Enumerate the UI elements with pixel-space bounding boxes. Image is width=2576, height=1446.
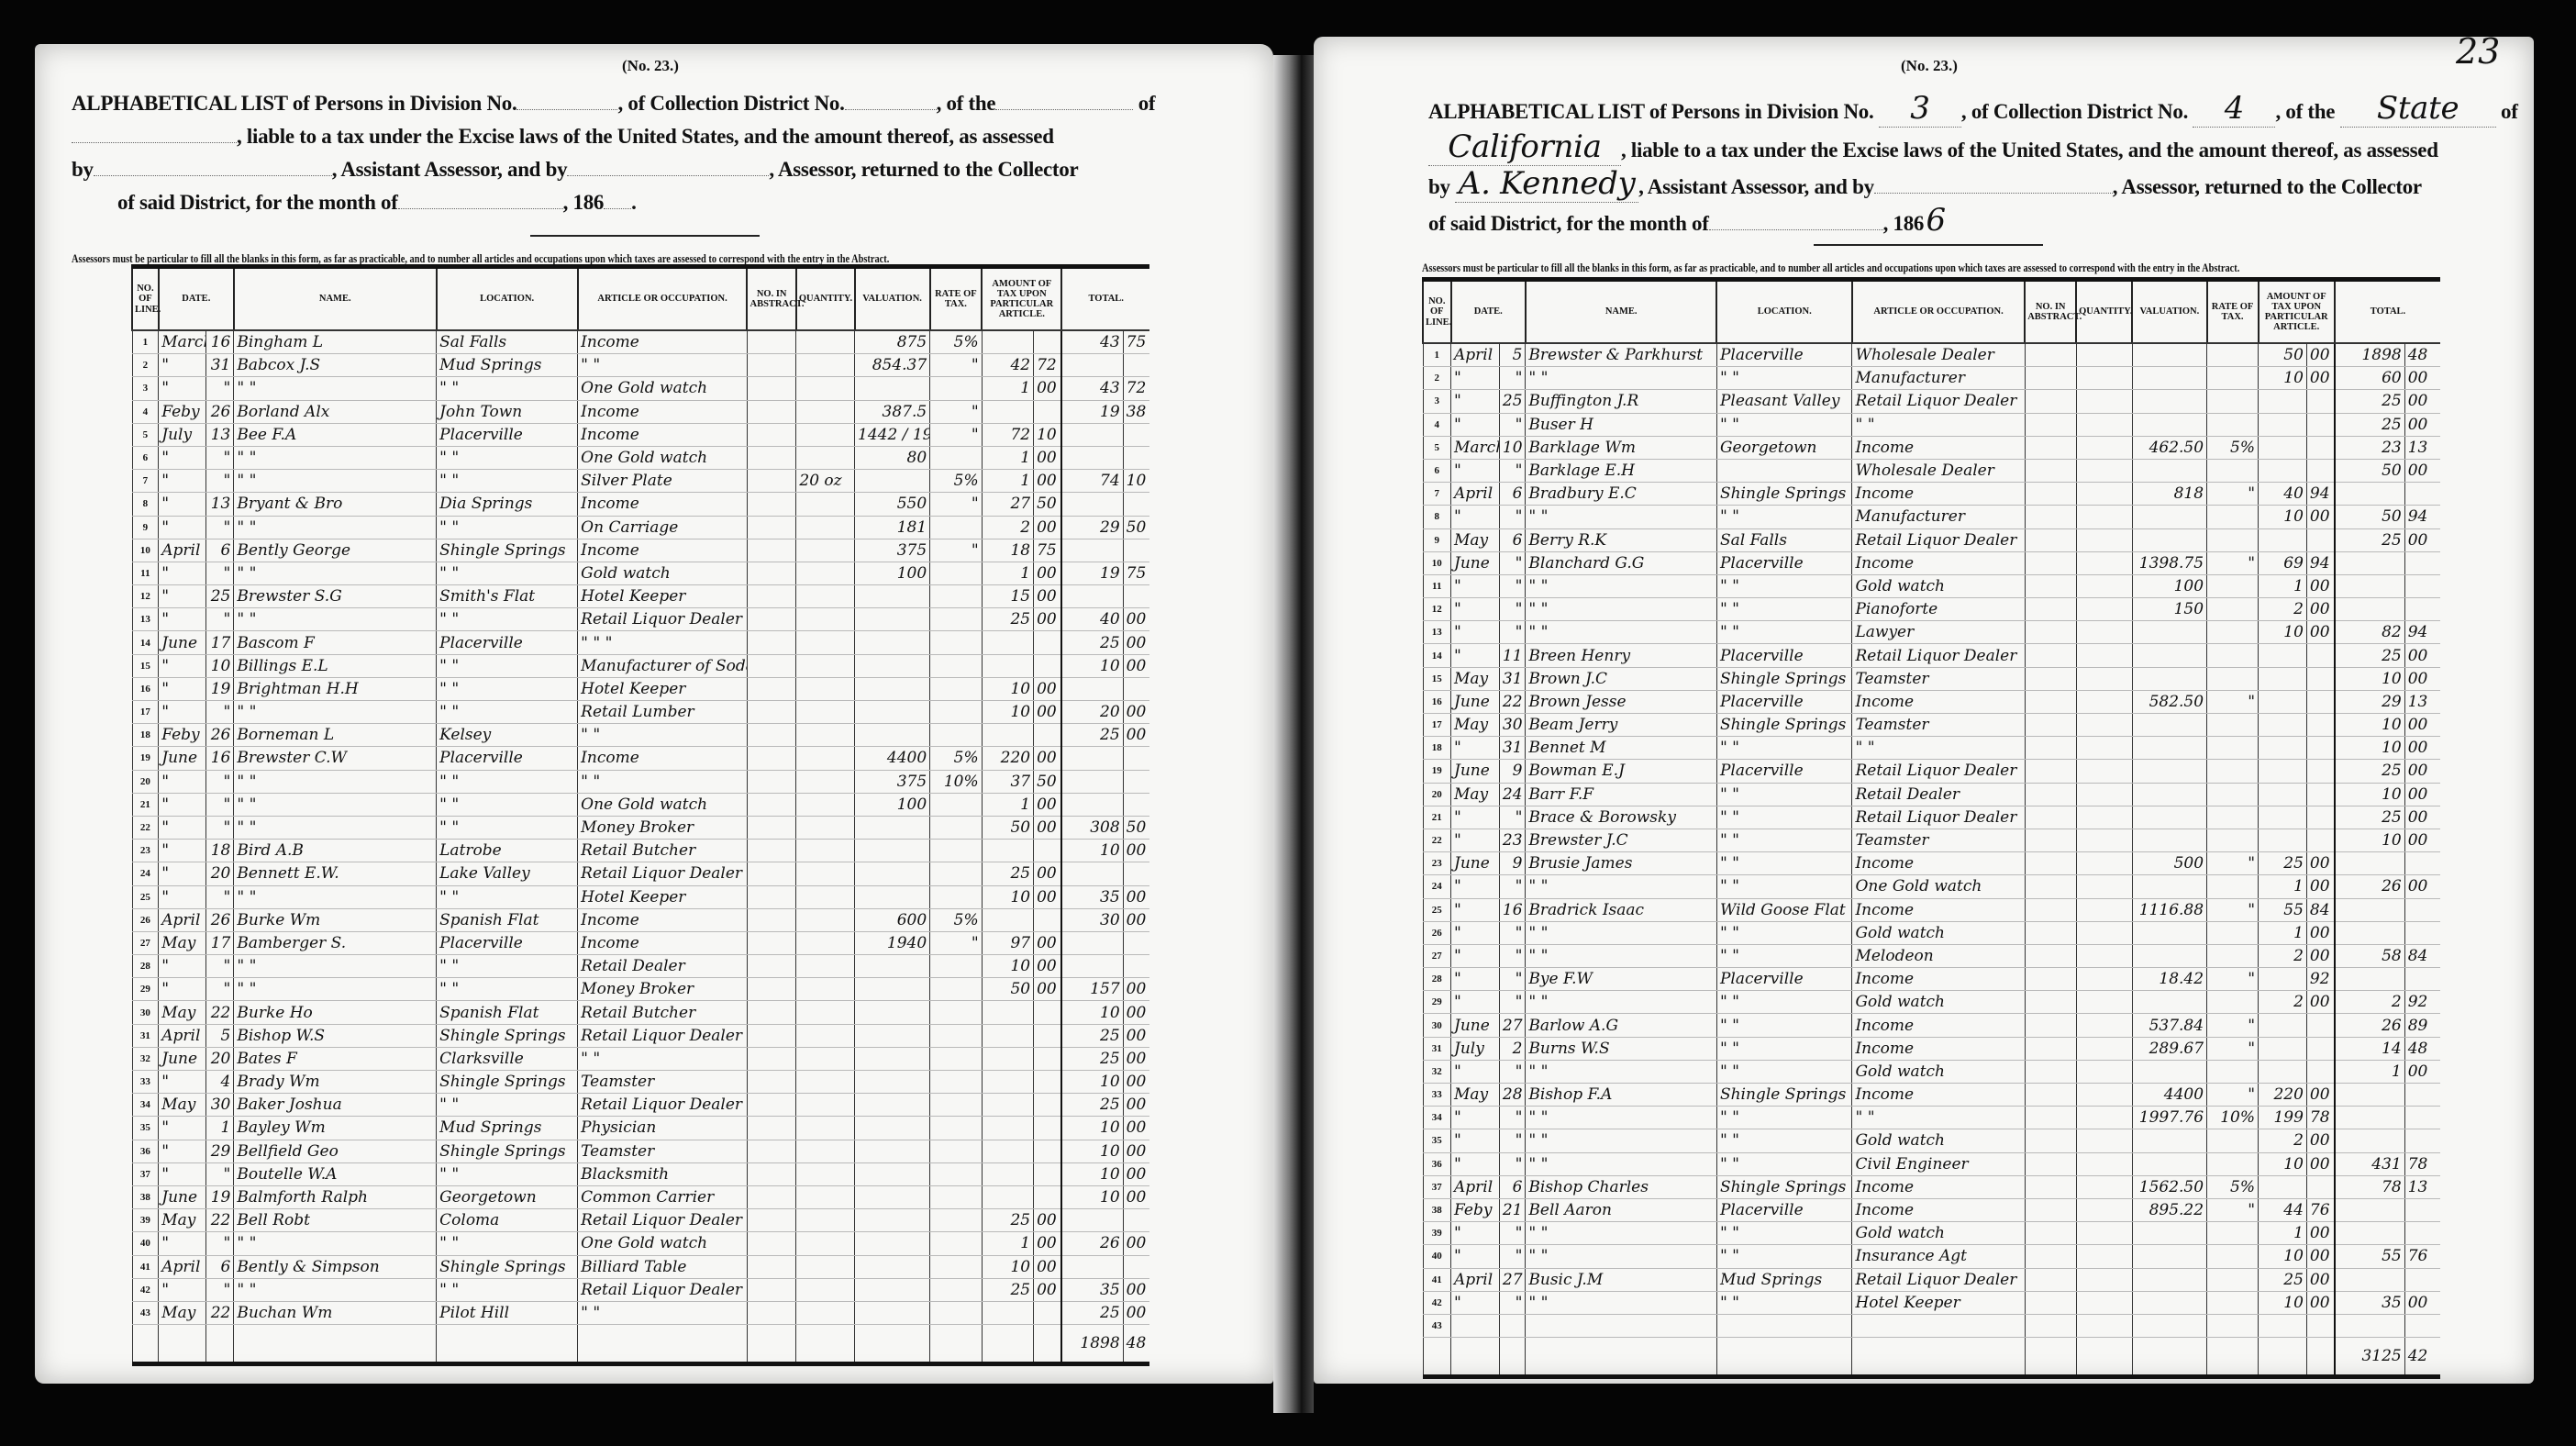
date-month-cell: June xyxy=(1451,760,1500,783)
tax-cents-cell: 50 xyxy=(1034,770,1062,793)
date-month-cell: " xyxy=(1451,991,1500,1014)
valuation-cell xyxy=(2132,343,2206,367)
date-month-cell: May xyxy=(1451,714,1500,737)
person-name-cell: Brace & Borowsky xyxy=(1526,806,1717,829)
tax-rate-cell xyxy=(930,1094,982,1117)
location-cell: " " xyxy=(1716,506,1852,528)
total-dollars-cell: 10 xyxy=(1061,840,1123,862)
table-row: 10April6Bently GeorgeShingle SpringsInco… xyxy=(132,539,1149,562)
table-row: 5July13Bee F.APlacervilleIncome1442 / 19… xyxy=(132,423,1149,446)
total-dollars-cell xyxy=(1061,1209,1123,1232)
tax-dollars-cell xyxy=(982,1117,1033,1140)
tax-dollars-cell xyxy=(982,1071,1033,1094)
line-number-cell: 15 xyxy=(1423,667,1451,690)
date-day-cell: 27 xyxy=(1499,1268,1525,1291)
total-dollars-cell xyxy=(2335,1084,2404,1107)
person-name-cell: " " xyxy=(234,793,437,816)
tax-rate-cell xyxy=(930,446,982,469)
total-dollars-cell xyxy=(1061,446,1123,469)
valuation-cell xyxy=(2132,1222,2206,1245)
abstract-no-cell xyxy=(747,1071,795,1094)
abstract-no-cell xyxy=(747,1185,795,1208)
table-row: 13""" "" "Lawyer10008294 xyxy=(1423,621,2440,644)
total-cents-cell: 89 xyxy=(2404,1014,2440,1037)
instructions-text: Assessors must be particular to fill all… xyxy=(1422,261,2239,275)
date-month-cell: Feby xyxy=(159,724,205,747)
article-occupation-cell: Blacksmith xyxy=(578,1162,748,1185)
date-month-cell: " xyxy=(1451,621,1500,644)
total-dollars-cell xyxy=(2335,1129,2404,1152)
abstract-no-cell xyxy=(2025,944,2076,967)
line-number-cell: 29 xyxy=(132,978,159,1001)
article-occupation-cell: Melodeon xyxy=(1852,944,2025,967)
table-row: 2"31Babcox J.SMud Springs" "854.37"4272 xyxy=(132,354,1149,377)
person-name-cell: " " xyxy=(1526,1291,1717,1314)
article-occupation-cell: Money Broker xyxy=(578,978,748,1001)
table-row: 41April6Bently & SimpsonShingle SpringsB… xyxy=(132,1255,1149,1278)
valuation-cell xyxy=(855,1232,930,1255)
date-day-cell: " xyxy=(205,793,234,816)
person-name-cell: Blanchard G.G xyxy=(1526,551,1717,574)
total-cents-cell: 00 xyxy=(1123,1024,1149,1047)
total-cents-cell: 00 xyxy=(1123,654,1149,677)
location-cell: " " xyxy=(1716,1107,1852,1129)
tax-rate-cell xyxy=(2207,1152,2259,1175)
tax-dollars-cell xyxy=(982,400,1033,423)
tax-dollars-cell: 37 xyxy=(982,770,1033,793)
total-dollars-cell xyxy=(1061,354,1123,377)
person-name-cell: " " xyxy=(1526,991,1717,1014)
valuation-cell xyxy=(855,840,930,862)
line-number-cell: 37 xyxy=(1423,1175,1451,1198)
quantity-cell xyxy=(2076,760,2132,783)
person-name-cell: Brown Jesse xyxy=(1526,690,1717,713)
tax-cents-cell xyxy=(1034,1185,1062,1208)
tax-rate-cell xyxy=(930,377,982,400)
total-dollars-cell: 10 xyxy=(2335,783,2404,806)
table-row: 27May17Bamberger S.PlacervilleIncome1940… xyxy=(132,931,1149,954)
location-cell: Coloma xyxy=(437,1209,578,1232)
total-cents-cell xyxy=(2404,1314,2440,1337)
quantity-cell xyxy=(796,885,855,908)
valuation-cell: 600 xyxy=(855,908,930,931)
valuation-cell xyxy=(2132,1060,2206,1083)
tax-rate-cell xyxy=(2207,737,2259,760)
quantity-cell xyxy=(796,1117,855,1140)
total-dollars-cell xyxy=(2335,483,2404,506)
date-day-cell: 30 xyxy=(1499,714,1525,737)
person-name-cell: " " xyxy=(1526,367,1717,390)
quantity-cell xyxy=(796,955,855,978)
location-cell: " " xyxy=(1716,1291,1852,1314)
form-number: (No. 23.) xyxy=(1901,57,1958,75)
line-number-cell: 21 xyxy=(1423,806,1451,829)
person-name-cell: Bye F.W xyxy=(1526,968,1717,991)
location-cell: Georgetown xyxy=(1716,436,1852,459)
grand-total-cents: 42 xyxy=(2404,1338,2440,1377)
location-cell: Kelsey xyxy=(437,724,578,747)
table-row: 38Feby21Bell AaronPlacervilleIncome895.2… xyxy=(1423,1198,2440,1221)
line-number-cell: 6 xyxy=(1423,459,1451,482)
tax-rate-cell xyxy=(2207,644,2259,667)
valuation-cell xyxy=(2132,644,2206,667)
total-cents-cell xyxy=(1123,931,1149,954)
line-number-cell: 10 xyxy=(1423,551,1451,574)
tax-dollars-cell: 10 xyxy=(2259,367,2307,390)
total-dollars-cell: 23 xyxy=(2335,436,2404,459)
line-number-cell: 22 xyxy=(1423,829,1451,851)
table-row: 2""" "" "Manufacturer10006000 xyxy=(1423,367,2440,390)
abstract-no-cell xyxy=(2025,968,2076,991)
tax-cents-cell: 00 xyxy=(1034,747,1062,770)
article-occupation-cell: Retail Dealer xyxy=(1852,783,2025,806)
quantity-cell xyxy=(2076,1268,2132,1291)
date-day-cell xyxy=(1499,1314,1525,1337)
table-header-row: No. of Line. Date. Name. Location. Artic… xyxy=(132,267,1149,331)
date-day-cell: " xyxy=(205,1162,234,1185)
article-occupation-cell: Gold watch xyxy=(1852,1060,2025,1083)
person-name-cell: Bee F.A xyxy=(234,423,437,446)
location-cell: Placerville xyxy=(437,423,578,446)
total-cents-cell: 00 xyxy=(1123,724,1149,747)
abstract-no-cell xyxy=(2025,574,2076,597)
line-number-cell: 13 xyxy=(132,608,159,631)
total-cents-cell xyxy=(2404,1268,2440,1291)
article-occupation-cell: Wholesale Dealer xyxy=(1852,459,2025,482)
date-month-cell: May xyxy=(1451,783,1500,806)
tax-dollars-cell: 10 xyxy=(2259,1291,2307,1314)
tax-rate-cell xyxy=(930,1255,982,1278)
article-occupation-cell: Retail Butcher xyxy=(578,1001,748,1024)
header-line-4: of said District, for the month of, 186. xyxy=(117,191,637,215)
article-occupation-cell: Income xyxy=(578,493,748,516)
location-cell: Spanish Flat xyxy=(437,1001,578,1024)
valuation-cell: 582.50 xyxy=(2132,690,2206,713)
location-cell: " " xyxy=(1716,1060,1852,1083)
total-dollars-cell: 43 xyxy=(1061,330,1123,354)
person-name-cell: " " xyxy=(234,516,437,539)
tax-dollars-cell xyxy=(982,1301,1033,1324)
total-dollars-cell: 19 xyxy=(1061,562,1123,584)
line-number-cell: 23 xyxy=(1423,852,1451,875)
article-occupation-cell: Billiard Table xyxy=(578,1255,748,1278)
date-month-cell: May xyxy=(159,1001,205,1024)
line-number-cell: 40 xyxy=(1423,1245,1451,1268)
quantity-cell xyxy=(2076,343,2132,367)
location-cell: " " xyxy=(1716,1222,1852,1245)
table-row: 19June9Bowman E.JPlacervilleRetail Liquo… xyxy=(1423,760,2440,783)
grand-total-row: 189848 xyxy=(132,1325,1149,1364)
person-name-cell: Buchan Wm xyxy=(234,1301,437,1324)
date-month-cell: " xyxy=(159,446,205,469)
abstract-no-cell xyxy=(2025,367,2076,390)
tax-rate-cell xyxy=(930,978,982,1001)
table-row: 30June27Barlow A.G" "Income537.84"2689 xyxy=(1423,1014,2440,1037)
location-cell: " " xyxy=(1716,1037,1852,1060)
tax-cents-cell xyxy=(2306,829,2335,851)
date-month-cell: April xyxy=(1451,1175,1500,1198)
line-number-cell: 17 xyxy=(1423,714,1451,737)
article-occupation-cell: Income xyxy=(578,423,748,446)
total-cents-cell: 00 xyxy=(2404,390,2440,413)
date-month-cell: June xyxy=(159,747,205,770)
tax-rate-cell xyxy=(930,677,982,700)
quantity-cell xyxy=(2076,1314,2132,1337)
date-month-cell: " xyxy=(1451,390,1500,413)
valuation-cell: 375 xyxy=(855,770,930,793)
total-cents-cell xyxy=(2404,1129,2440,1152)
total-dollars-cell xyxy=(1061,770,1123,793)
location-cell: Pilot Hill xyxy=(437,1301,578,1324)
tax-cents-cell: 00 xyxy=(2306,1222,2335,1245)
person-name-cell: " " xyxy=(1526,1152,1717,1175)
location-cell: " " xyxy=(437,701,578,724)
person-name-cell: " " xyxy=(234,470,437,493)
quantity-cell xyxy=(2076,1014,2132,1037)
total-dollars-cell: 25 xyxy=(1061,1047,1123,1070)
total-cents-cell xyxy=(1123,770,1149,793)
person-name-cell: Barklage E.H xyxy=(1526,459,1717,482)
article-occupation-cell: Retail Liquor Dealer xyxy=(1852,760,2025,783)
total-dollars-cell: 58 xyxy=(2335,944,2404,967)
quantity-cell xyxy=(2076,1060,2132,1083)
quantity-cell xyxy=(2076,1291,2132,1314)
col-header-article: Article or Occupation. xyxy=(1852,280,2025,344)
tax-cents-cell: 00 xyxy=(1034,608,1062,631)
tax-dollars-cell: 50 xyxy=(2259,343,2307,367)
tax-dollars-cell xyxy=(2259,1175,2307,1198)
line-number-cell: 35 xyxy=(1423,1129,1451,1152)
person-name-cell: Bradrick Isaac xyxy=(1526,898,1717,921)
person-name-cell: " " xyxy=(1526,574,1717,597)
date-month-cell: " xyxy=(159,470,205,493)
total-cents-cell: 00 xyxy=(1123,701,1149,724)
line-number-cell: 14 xyxy=(132,631,159,654)
person-name-cell: Bascom F xyxy=(234,631,437,654)
abstract-no-cell xyxy=(747,608,795,631)
table-row: 23June9Brusie James" "Income500"2500 xyxy=(1423,852,2440,875)
date-month-cell: May xyxy=(159,1301,205,1324)
line-number-cell: 38 xyxy=(132,1185,159,1208)
quantity-cell xyxy=(2076,667,2132,690)
tax-cents-cell xyxy=(1034,330,1062,354)
article-occupation-cell: Income xyxy=(1852,1175,2025,1198)
tax-rate-cell xyxy=(930,1001,982,1024)
line-number-cell: 23 xyxy=(132,840,159,862)
location-cell: " " xyxy=(1716,574,1852,597)
tax-dollars-cell xyxy=(2259,1314,2307,1337)
valuation-cell xyxy=(855,677,930,700)
abstract-no-cell xyxy=(2025,551,2076,574)
person-name-cell: Bently George xyxy=(234,539,437,562)
article-occupation-cell: Pianoforte xyxy=(1852,598,2025,621)
article-occupation-cell: Manufacturer xyxy=(1852,506,2025,528)
tax-dollars-cell xyxy=(2259,644,2307,667)
line-number-cell: 11 xyxy=(1423,574,1451,597)
abstract-no-cell xyxy=(2025,413,2076,436)
quantity-cell xyxy=(2076,783,2132,806)
abstract-no-cell xyxy=(747,1047,795,1070)
line-number-cell: 19 xyxy=(1423,760,1451,783)
line-number-cell: 7 xyxy=(132,470,159,493)
article-occupation-cell: Income xyxy=(578,539,748,562)
valuation-cell xyxy=(2132,921,2206,944)
person-name-cell: " " xyxy=(1526,1222,1717,1245)
date-day-cell: " xyxy=(205,608,234,631)
person-name-cell: Brady Wm xyxy=(234,1071,437,1094)
valuation-cell xyxy=(855,631,930,654)
table-row: 41April27Busic J.MMud SpringsRetail Liqu… xyxy=(1423,1268,2440,1291)
tax-rate-cell xyxy=(2207,1060,2259,1083)
table-row: 7""" "" "Silver Plate20 oz5%1007410 xyxy=(132,470,1149,493)
tax-dollars-cell xyxy=(2259,436,2307,459)
valuation-cell xyxy=(2132,829,2206,851)
line-number-cell: 28 xyxy=(1423,968,1451,991)
date-day-cell: 9 xyxy=(1499,760,1525,783)
article-occupation-cell: Income xyxy=(1852,1198,2025,1221)
line-number-cell: 8 xyxy=(132,493,159,516)
tax-rate-cell xyxy=(930,1162,982,1185)
person-name-cell: Bell Aaron xyxy=(1526,1198,1717,1221)
date-month-cell: " xyxy=(1451,1291,1500,1314)
date-day-cell: 16 xyxy=(205,747,234,770)
valuation-cell: 80 xyxy=(855,446,930,469)
date-month-cell: " xyxy=(159,1140,205,1162)
abstract-no-cell xyxy=(2025,991,2076,1014)
date-month-cell: " xyxy=(159,978,205,1001)
article-occupation-cell: Retail Liquor Dealer xyxy=(578,1209,748,1232)
date-month-cell: Feby xyxy=(159,400,205,423)
total-dollars-cell xyxy=(1061,539,1123,562)
total-cents-cell: 38 xyxy=(1123,400,1149,423)
person-name-cell: " " xyxy=(1526,1107,1717,1129)
date-day-cell: " xyxy=(1499,574,1525,597)
abstract-no-cell xyxy=(747,1232,795,1255)
tax-rate-cell xyxy=(2207,991,2259,1014)
tax-dollars-cell xyxy=(982,1185,1033,1208)
table-row: 38June19Balmforth RalphGeorgetownCommon … xyxy=(132,1185,1149,1208)
col-header-tax-amount: Amount of Tax upon particular Article. xyxy=(982,267,1061,331)
tax-rate-cell xyxy=(2207,598,2259,621)
line-number-cell: 41 xyxy=(1423,1268,1451,1291)
abstract-no-cell xyxy=(2025,1014,2076,1037)
location-cell: " " xyxy=(1716,1129,1852,1152)
total-dollars-cell: 10 xyxy=(2335,829,2404,851)
line-number-cell: 16 xyxy=(1423,690,1451,713)
abstract-no-cell xyxy=(2025,1084,2076,1107)
table-row: 18"31Bennet M" "" "1000 xyxy=(1423,737,2440,760)
line-number-cell: 1 xyxy=(132,330,159,354)
date-day-cell: 9 xyxy=(1499,852,1525,875)
article-occupation-cell: Income xyxy=(1852,690,2025,713)
total-dollars-cell xyxy=(2335,921,2404,944)
table-row: 21""Brace & Borowsky" "Retail Liquor Dea… xyxy=(1423,806,2440,829)
quantity-cell xyxy=(2076,1107,2132,1129)
total-dollars-cell: 43 xyxy=(1061,377,1123,400)
person-name-cell: Barklage Wm xyxy=(1526,436,1717,459)
article-occupation-cell: Hotel Keeper xyxy=(578,585,748,608)
total-cents-cell: 78 xyxy=(2404,1152,2440,1175)
table-row: 25""" "" "Hotel Keeper10003500 xyxy=(132,885,1149,908)
line-number-cell: 15 xyxy=(132,654,159,677)
line-number-cell: 38 xyxy=(1423,1198,1451,1221)
abstract-no-cell xyxy=(747,493,795,516)
article-occupation-cell: Income xyxy=(578,400,748,423)
division-number: 3 xyxy=(1879,90,1961,128)
col-header-location: Location. xyxy=(437,267,578,331)
date-day-cell: 21 xyxy=(1499,1198,1525,1221)
left-table-body: 1March16Bingham LSal FallsIncome8755%437… xyxy=(132,330,1149,1364)
tax-dollars-cell xyxy=(2259,1014,2307,1037)
tax-rate-cell xyxy=(2207,875,2259,898)
valuation-cell xyxy=(2132,1152,2206,1175)
tax-rate-cell xyxy=(930,1301,982,1324)
total-dollars-cell: 25 xyxy=(2335,806,2404,829)
date-day-cell: " xyxy=(1499,944,1525,967)
person-name-cell: " " xyxy=(234,1232,437,1255)
person-name-cell: Burke Ho xyxy=(234,1001,437,1024)
abstract-no-cell xyxy=(747,770,795,793)
quantity-cell: 20 oz xyxy=(796,470,855,493)
quantity-cell xyxy=(2076,1198,2132,1221)
valuation-cell xyxy=(2132,413,2206,436)
article-occupation-cell: Retail Liquor Dealer xyxy=(1852,528,2025,551)
line-number-cell: 13 xyxy=(1423,621,1451,644)
location-cell: " " xyxy=(437,816,578,839)
quantity-cell xyxy=(796,1047,855,1070)
table-row: 25"16Bradrick IsaacWild Goose FlatIncome… xyxy=(1423,898,2440,921)
tax-cents-cell xyxy=(1034,1001,1062,1024)
total-cents-cell xyxy=(1123,423,1149,446)
total-cents-cell: 00 xyxy=(2404,528,2440,551)
abstract-no-cell xyxy=(747,585,795,608)
abstract-no-cell xyxy=(2025,621,2076,644)
date-month-cell: May xyxy=(159,1094,205,1117)
tax-dollars-cell: 1 xyxy=(2259,921,2307,944)
total-cents-cell: 00 xyxy=(1123,608,1149,631)
table-row: 31April5Bishop W.SShingle SpringsRetail … xyxy=(132,1024,1149,1047)
line-number-cell: 39 xyxy=(1423,1222,1451,1245)
article-occupation-cell: Income xyxy=(1852,1084,2025,1107)
total-cents-cell xyxy=(2404,551,2440,574)
grand-total-cents: 48 xyxy=(1123,1325,1149,1364)
date-month-cell: " xyxy=(1451,1245,1500,1268)
total-dollars-cell: 50 xyxy=(2335,459,2404,482)
table-row: 37""Boutelle W.A" "Blacksmith1000 xyxy=(132,1162,1149,1185)
tax-dollars-cell xyxy=(982,724,1033,747)
article-occupation-cell: Income xyxy=(1852,436,2025,459)
valuation-cell xyxy=(2132,783,2206,806)
total-cents-cell xyxy=(2404,852,2440,875)
line-number-cell: 26 xyxy=(132,908,159,931)
tax-dollars-cell xyxy=(2259,528,2307,551)
date-day-cell: " xyxy=(1499,1129,1525,1152)
total-dollars-cell xyxy=(1061,793,1123,816)
table-row: 37April6Bishop CharlesShingle SpringsInc… xyxy=(1423,1175,2440,1198)
table-row: 31July2Burns W.S" "Income289.67"1448 xyxy=(1423,1037,2440,1060)
tax-rate-cell xyxy=(930,1024,982,1047)
article-occupation-cell: One Gold watch xyxy=(578,1232,748,1255)
tax-rate-cell xyxy=(2207,367,2259,390)
line-number-cell: 42 xyxy=(132,1278,159,1301)
quantity-cell xyxy=(796,1071,855,1094)
person-name-cell: " " xyxy=(1526,1060,1717,1083)
tax-rate-cell xyxy=(2207,390,2259,413)
valuation-cell xyxy=(855,1255,930,1278)
col-header-date: Date. xyxy=(159,267,234,331)
line-number-cell: 2 xyxy=(1423,367,1451,390)
tax-rate-cell: 10% xyxy=(930,770,982,793)
